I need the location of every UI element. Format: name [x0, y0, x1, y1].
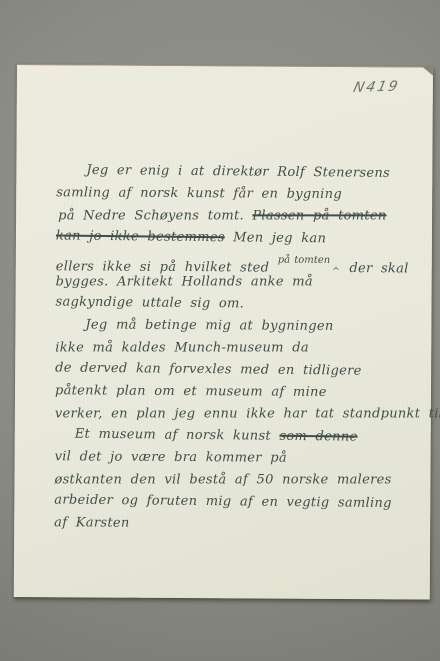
letter-body: Jeg er enig i at direktør Rolf Stenersen…: [54, 160, 416, 536]
text-segment: Jeg må betinge mig at bygningen: [85, 317, 333, 334]
text-segment: vil det jo være bra kommer på: [55, 449, 287, 465]
text-segment: samling af norsk kunst får en bygning: [56, 185, 342, 202]
struck-text: som denne: [279, 429, 357, 445]
handwritten-line: sagkyndige uttale sig om.: [55, 291, 415, 317]
handwritten-line: østkanten den vil bestå af 50 norske mal…: [54, 469, 414, 491]
handwritten-line: kan jo ikke bestemmes Men jeg kan: [56, 225, 416, 251]
handwritten-line: af Karsten: [54, 512, 414, 536]
handwritten-line: påtenkt plan om et museum af mine: [55, 380, 415, 404]
handwritten-line: Jeg må betinge mig at bygningen: [55, 314, 415, 338]
text-segment: sagkyndige uttale sig om.: [55, 294, 244, 311]
text-segment: verker, en plan jeg ennu ikke har tat st…: [55, 406, 440, 421]
handwritten-line: ellers ikke si på hvilket sted på tomten…: [56, 248, 416, 272]
inserted-text: på tomten: [278, 255, 331, 266]
text-segment: arbeider og foruten mig af en vegtig sam…: [54, 492, 392, 511]
handwritten-line: vil det jo være bra kommer på: [55, 446, 415, 470]
text-segment: på Nedre Schøyens tomt.: [58, 208, 252, 223]
text-segment: østkanten den vil bestå af 50 norske mal…: [54, 472, 391, 487]
struck-text: Plassen på tomten: [252, 208, 386, 223]
handwritten-line: samling af norsk kunst får en bygning: [56, 182, 416, 206]
handwritten-line: bygges. Arkitekt Hollands anke må: [56, 271, 416, 293]
text-segment: ikke må kaldes Munch-museum da: [55, 340, 309, 355]
handwritten-line: på Nedre Schøyens tomt. Plassen på tomte…: [56, 205, 416, 227]
paper-corner-fold: [422, 66, 433, 75]
text-segment: Jeg er enig i at direktør Rolf Stenersen…: [86, 163, 390, 181]
text-segment: påtenkt plan om et museum af mine: [55, 383, 327, 400]
paper-sheet: N419 Jeg er enig i at direktør Rolf Sten…: [14, 64, 433, 600]
text-segment: af Karsten: [54, 515, 129, 530]
handwritten-line: Et museum af norsk kunst som denne: [55, 423, 415, 449]
handwritten-line: de derved kan forvexles med en tidligere: [55, 357, 415, 383]
text-segment: Men jeg kan: [225, 230, 327, 246]
text-segment: Et museum af norsk kunst: [75, 427, 280, 444]
text-segment: de derved kan forvexles med en tidligere: [55, 360, 362, 378]
struck-text: kan jo ikke bestemmes: [56, 228, 225, 245]
catalog-number: N419: [352, 79, 401, 96]
photo-background: N419 Jeg er enig i at direktør Rolf Sten…: [0, 0, 440, 661]
handwritten-line: arbeider og foruten mig af en vegtig sam…: [54, 489, 414, 515]
handwritten-line: verker, en plan jeg ennu ikke har tat st…: [55, 403, 415, 425]
text-segment: bygges. Arkitekt Hollands anke må: [56, 274, 313, 289]
handwritten-line: ikke må kaldes Munch-museum da: [55, 337, 415, 359]
handwritten-line: Jeg er enig i at direktør Rolf Stenersen…: [56, 159, 416, 185]
